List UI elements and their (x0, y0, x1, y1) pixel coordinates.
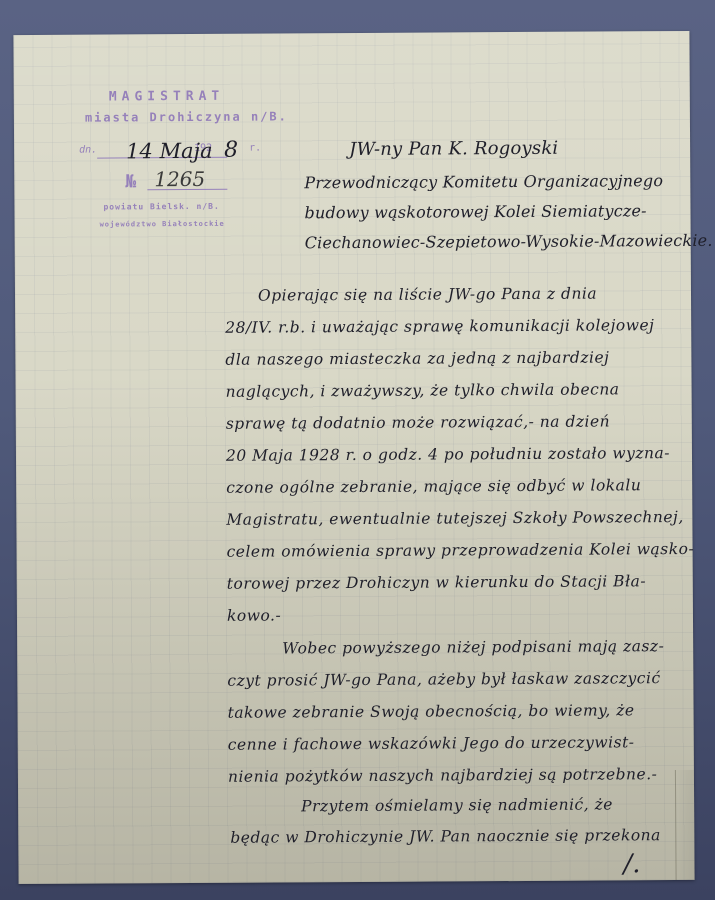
body-line: Opierając się na liście JW-go Pana z dni… (258, 285, 597, 305)
continuation-mark: /. (623, 849, 640, 879)
letter-page: MAGISTRAT miasta Drohiczyna n/B. dn. 192… (13, 31, 694, 884)
stamp-voivodeship: województwo Białostockie (100, 220, 225, 229)
body-line: dla naszego miasteczka za jedną z najbar… (225, 348, 609, 368)
body-line: 20 Maja 1928 r. o godz. 4 po południu zo… (226, 444, 670, 465)
body-line: naglących, i zważywszy, że tylko chwila … (226, 380, 620, 400)
body-line: będąc w Drohiczynie JW. Pan naocznie się… (230, 826, 661, 847)
body-line: torowej przez Drohiczyn w kierunku do St… (227, 572, 646, 593)
stamp-handwritten-year: 8 (224, 138, 238, 163)
body-line: Przytem ośmielamy się nadmienić, że (301, 795, 613, 815)
body-line: Magistratu, ewentualnie tutejszej Szkoły… (226, 508, 683, 529)
recipient-title-line: budowy wąskotorowej Kolei Siemiatycze- (304, 201, 646, 222)
official-stamp: MAGISTRAT miasta Drohiczyna n/B. dn. 192… (69, 89, 269, 90)
body-line: celem omówienia sprawy przeprowadzenia K… (227, 540, 695, 561)
stamp-number-label: № (125, 171, 136, 192)
stamp-handwritten-date: 14 Maja (126, 139, 213, 164)
recipient-title-line: Przewodniczący Komitetu Organizacyjnego (304, 171, 663, 192)
stamp-year-suffix: r. (249, 143, 261, 154)
body-line: nienia pożytków naszych najbardziej są p… (228, 765, 657, 786)
body-line: Wobec powyższego niżej podpisani mają za… (282, 637, 664, 657)
stamp-date-label: dn. (79, 145, 97, 156)
body-line: czyt prosić JW-go Pana, ażeby był łaskaw… (227, 669, 660, 690)
paper-fold-edge (675, 770, 695, 880)
body-line: kowo.- (227, 606, 281, 624)
body-line: takowe zebranie Swoją obecnością, bo wie… (228, 701, 635, 721)
body-line: sprawę tą dodatnio może rozwiązać,- na d… (226, 412, 610, 432)
body-line: 28/IV. r.b. i uważając sprawę komunikacj… (225, 316, 654, 337)
recipient-name: JW-ny Pan K. Rogoyski (349, 138, 558, 160)
stamp-district: powiatu Bielsk. n/B. (103, 202, 219, 212)
stamp-town: miasta Drohiczyna n/B. (85, 109, 288, 124)
body-line: czone ogólne zebranie, mające się odbyć … (226, 476, 641, 497)
body-line: cenne i fachowe wskazówki Jego do urzecz… (228, 733, 635, 753)
stamp-handwritten-number: 1265 (154, 167, 205, 191)
stamp-title: MAGISTRAT (109, 89, 225, 105)
recipient-title-line: Ciechanowiec-Szepietowo-Wysokie-Mazowiec… (305, 231, 713, 252)
